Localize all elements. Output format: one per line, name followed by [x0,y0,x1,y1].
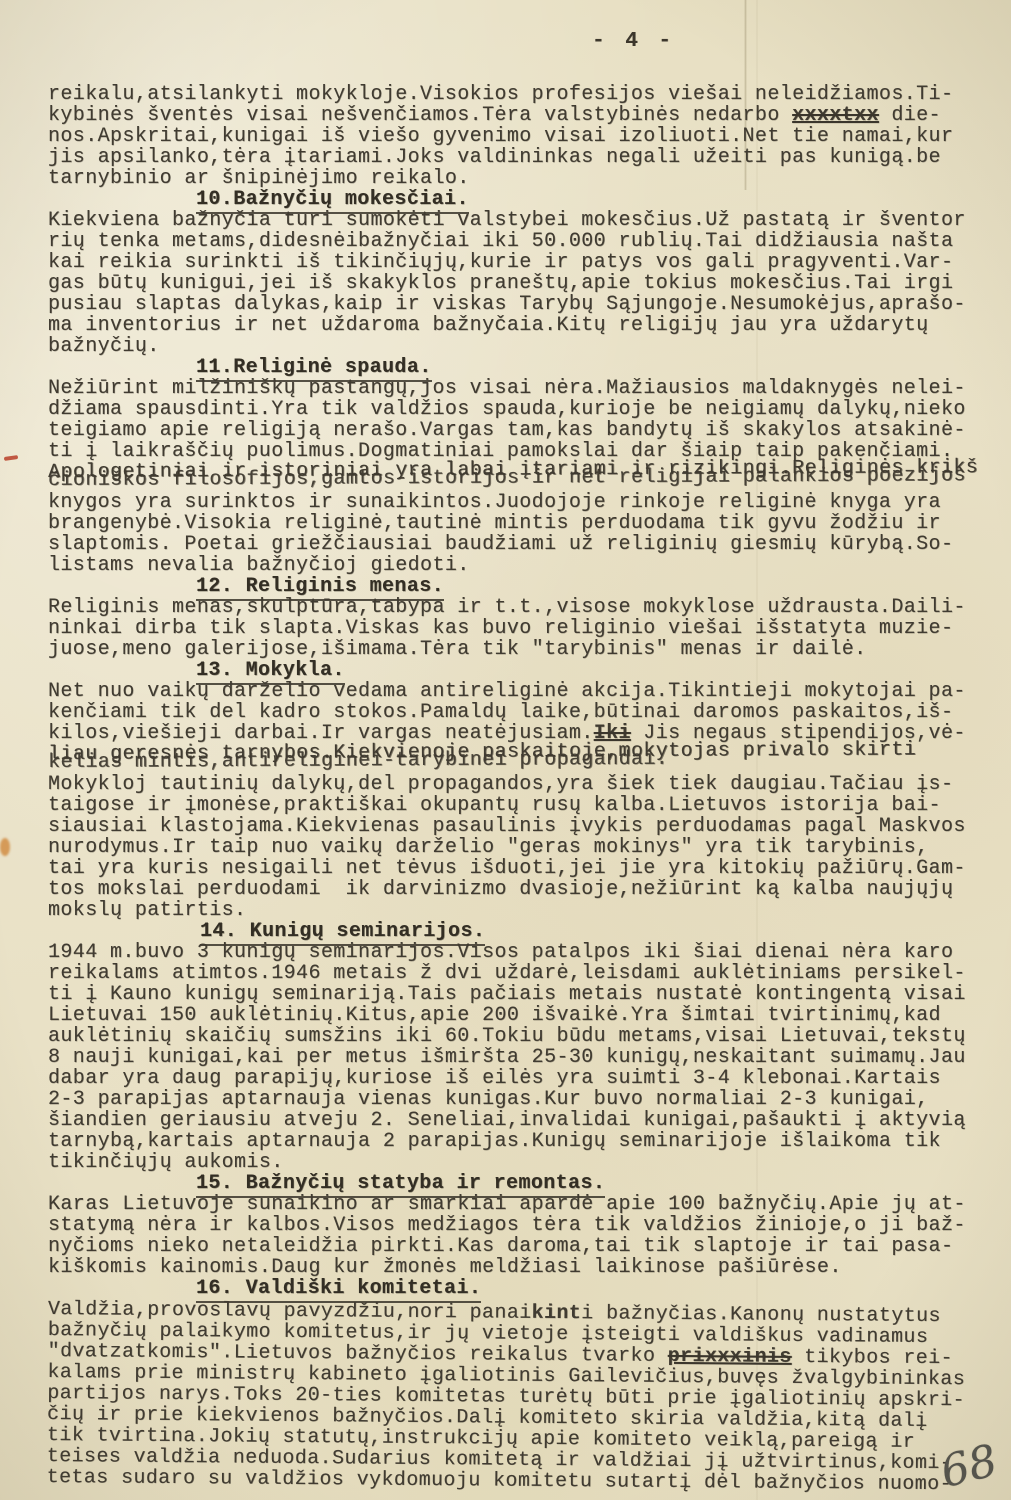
text-line: džiama spausdinti.Yra tik valdžios spaud… [48,399,1007,420]
text-line: Religinis menas,skulptūra,tabypa ir t.t.… [48,597,1007,618]
text-segment: die- [879,104,941,127]
text-line: nurodymus.Ir taip nuo vaikų darželio "ge… [48,837,1007,858]
text-line: kai reikia surinkti iš tikinčiųjų,kurie … [48,252,1007,273]
red-pencil-mark [4,455,18,461]
text-line: 8 nauji kunigai,kai per metus išmiršta 2… [48,1047,1007,1068]
text-line: 2-3 parapijas aptarnauja vienas kunigas.… [48,1089,1007,1110]
text-segment: siausiai klastojama.Kiekvienas pasaulini… [48,815,966,838]
text-line: nos.Apskritai,kunigai iš viešo gyvenimo … [48,126,1007,147]
text-segment: statymą nėra ir kalbos.Visos medžiagos t… [48,1214,966,1237]
typewritten-text-body: reikalu,atsilankyti mokykloje.Visokios p… [48,84,1007,1488]
section-paragraph: Religinis menas,skulptūra,tabypa ir t.t.… [48,597,1007,660]
text-line: čioniškos filosofijos,gamtos-istorijos i… [48,465,1007,491]
text-segment: Mokykloj tautinių dalykų,del propagandos… [48,773,953,796]
text-line: mokslų patirtis. [48,900,1007,921]
overtyped-text: kint [531,1302,581,1325]
text-line: knygos yra surinktos ir sunaikintos.Juod… [48,492,1007,513]
text-segment: Nežiūrint milžiniškų pastangų,jos visai … [48,377,966,400]
section-paragraph: Karas Lietuvoje sunaikino ar smarkiai ap… [48,1194,1007,1278]
text-segment: Net nuo vaikų darželio vedama antireligi… [48,680,966,703]
text-segment: mokslų patirtis. [48,899,246,922]
text-segment: kybinės šventės visai nešvenčiamos.Tėra … [48,104,792,127]
text-line: šiandien geriausiu atveju 2. Seneliai,in… [48,1110,1007,1131]
section-heading-line: 14. Kunigų seminarijos. [48,921,1007,942]
text-segment: reikalams atimtos.1946 metais ž dvi užda… [48,962,966,985]
text-line: tai yra kuris nesigaili net tėvus išduot… [48,858,1007,879]
text-line: pusiau slaptas dalykas,kaip ir viskas Ta… [48,294,1007,315]
text-segment: kai reikia surinkti iš tikinčiųjų,kurie … [48,251,953,274]
text-line: Mokykloj tautinių dalykų,del propagandos… [48,774,1007,795]
text-segment: teigiamo apie religiją nerašo.Vargas tam… [48,419,966,442]
section-paragraph: 1944 m.buvo 3 kunigų seminarijos.Visos p… [48,942,1007,1173]
text-segment: jis apsilanko,tėra įtariami.Joks valdini… [48,146,941,169]
section-heading-line: 16. Valdiški komitetai. [48,1278,1007,1299]
text-segment: knygos yra surinktos ir sunaikintos.Juod… [48,491,941,514]
text-segment: Religinis menas,skulptūra,tabypa ir t.t.… [48,596,966,619]
text-line: bažnyčių. [48,336,1007,357]
text-segment: bažnyčių. [48,335,160,358]
text-line: tos mokslai perduodami ik darvinizmo dva… [48,879,1007,900]
section-heading-line: 10.Bažnyčių mokesčiai. [48,189,1007,210]
text-line: gas būtų kunigui,jei iš skakyklos praneš… [48,273,1007,294]
text-segment: Kiekviena bažnyčia turi sumokėti valstyb… [48,209,966,232]
text-segment: ti į Kauno kunigų seminariją.Tais pačiai… [48,983,966,1006]
text-segment: tarnybą,kartais aptarnauja 2 parapijas.K… [48,1130,941,1153]
text-segment: ma inventorius ir net uždaroma bažnyčaia… [48,314,929,337]
text-line: tarnybinio ar šnipinėjimo reikalo. [48,168,1007,189]
text-line: juose,meno galerijose,išimama.Tėra tik "… [48,639,1007,660]
text-line: slaptomis. Poetai griežčiausiai baudžiam… [48,534,1007,555]
text-line: kiškomis kainomis.Daug kur žmonės meldži… [48,1257,1007,1278]
text-line: tikinčiųjų aukomis. [48,1152,1007,1173]
text-line: Lietuvai 150 auklėtinių.Kitus,apie 200 i… [48,1005,1007,1026]
text-line: reikalams atimtos.1946 metais ž dvi užda… [48,963,1007,984]
text-line: Karas Lietuvoje sunaikino ar smarkiai ap… [48,1194,1007,1215]
text-segment: reikalu,atsilankyti mokykloje.Visokios p… [48,83,953,106]
overtyped-double-lines: Apologetiniai ir istoriniai yra labai įt… [48,457,1007,492]
text-segment: 8 nauji kunigai,kai per metus išmiršta 2… [48,1046,966,1069]
text-line: jis apsilanko,tėra įtariami.Joks valdini… [48,147,1007,168]
text-segment: auklėtinių skaičių sumsžins iki 60.Tokiu… [48,1025,966,1048]
text-segment: Lietuvai 150 auklėtinių.Kitus,apie 200 i… [48,1004,941,1027]
text-line: brangenybė.Visokia religinė,tautinė mint… [48,513,1007,534]
text-segment: tai yra kuris nesigaili net tėvus išduot… [48,857,966,880]
text-segment: šiandien geriausiu atveju 2. Seneliai,in… [48,1109,966,1132]
section-paragraph: Net nuo vaikų darželio vedama antireligi… [48,681,1007,921]
text-segment: ninkai dirba tik slapta.Viskas kas buvo … [48,617,953,640]
text-line: kelias mintis,antireliginei-tarybinei pr… [48,747,1007,773]
text-line: Nežiūrint milžiniškų pastangų,jos visai … [48,378,1007,399]
text-segment: nos.Apskritai,kunigai iš viešo gyvenimo … [48,125,953,148]
section-heading-line: 15. Bažnyčių statyba ir remontas. [48,1173,1007,1194]
text-line: siausiai klastojama.Kiekvienas pasaulini… [48,816,1007,837]
text-line: Kiekviena bažnyčia turi sumokėti valstyb… [48,210,1007,231]
paper-stain [0,838,10,856]
text-line: Net nuo vaikų darželio vedama antireligi… [48,681,1007,702]
section-paragraph: Valdžia,provoslavų pavyzdžiu,nori panaik… [47,1299,1007,1496]
text-line: ti į Kauno kunigų seminariją.Tais pačiai… [48,984,1007,1005]
text-segment: čioniškos filosofijos,gamtos-istorijos i… [48,464,966,492]
text-segment: listams nevalia bažnyčioj giedoti. [48,554,470,577]
text-segment: kenčiami tik del kadro stokos.Pamaldų la… [48,701,953,724]
text-segment: rių tenka metams,didesnėibažnyčiai iki 5… [48,230,953,253]
section-heading-line: 13. Mokykla. [48,660,1007,681]
text-line: tarnybą,kartais aptarnauja 2 parapijas.K… [48,1131,1007,1152]
text-line: ninkai dirba tik slapta.Viskas kas buvo … [48,618,1007,639]
text-line: rių tenka metams,didesnėibažnyčiai iki 5… [48,231,1007,252]
text-segment: gas būtų kunigui,jei iš skakyklos praneš… [48,272,953,295]
section-paragraph: Kiekviena bažnyčia turi sumokėti valstyb… [48,210,1007,357]
document-page: - 4 - reikalu,atsilankyti mokykloje.Viso… [0,0,1011,1500]
text-line: teigiamo apie religiją nerašo.Vargas tam… [48,420,1007,441]
text-segment: 1944 m.buvo 3 kunigų seminarijos.Visos p… [48,941,953,964]
text-segment: slaptomis. Poetai griežčiausiai baudžiam… [48,533,953,556]
text-segment: tos mokslai perduodami ik darvinizmo dva… [48,878,953,901]
text-line: ma inventorius ir net uždaroma bažnyčaia… [48,315,1007,336]
section-paragraph: Nežiūrint milžiniškų pastangų,jos visai … [48,378,1007,576]
text-segment: kiškomis kainomis.Daug kur žmonės meldži… [48,1256,842,1279]
text-segment: juose,meno galerijose,išimama.Tėra tik "… [48,638,867,661]
text-segment: nyčioms nieko netaleidžia pirkti.Kas dar… [48,1235,953,1258]
page-number: - 4 - [592,30,675,53]
text-segment: Karas Lietuvoje sunaikino ar smarkiai ap… [48,1193,966,1216]
text-segment: kelias mintis,antireliginei-tarybinei pr… [48,748,668,774]
text-segment: dabar yra daug parapijų,kuriose iš eilės… [48,1067,941,1090]
text-segment: tarnybinio ar šnipinėjimo reikalo. [48,167,470,190]
text-line: reikalu,atsilankyti mokykloje.Visokios p… [48,84,1007,105]
text-segment: 2-3 parapijas aptarnauja vienas kunigas.… [48,1088,929,1111]
text-line: kybinės šventės visai nešvenčiamos.Tėra … [48,105,1007,126]
text-line: dabar yra daug parapijų,kuriose iš eilės… [48,1068,1007,1089]
struck-out-text: xxxxtxx [792,104,879,127]
text-segment: pusiau slaptas dalykas,kaip ir viskas Ta… [48,293,966,316]
overtyped-double-lines: liau geresnės tarnybos.Kiekvienoje paska… [48,739,1007,774]
section-heading-line: 11.Religinė spauda. [48,357,1007,378]
text-line: listams nevalia bažnyčioj giedoti. [48,555,1007,576]
section-heading-line: 12. Religinis menas. [48,576,1007,597]
text-segment: tikinčiųjų aukomis. [48,1151,284,1174]
text-segment: brangenybė.Visokia religinė,tautinė mint… [48,512,941,535]
text-segment: taigose ir įmonėse,praktiškai okupantų r… [48,794,941,817]
text-line: auklėtinių skaičių sumsžins iki 60.Tokiu… [48,1026,1007,1047]
text-line: taigose ir įmonėse,praktiškai okupantų r… [48,795,1007,816]
text-line: kenčiami tik del kadro stokos.Pamaldų la… [48,702,1007,723]
text-segment: nurodymus.Ir taip nuo vaikų darželio "ge… [48,836,929,859]
text-line: nyčioms nieko netaleidžia pirkti.Kas dar… [48,1236,1007,1257]
section-paragraph: reikalu,atsilankyti mokykloje.Visokios p… [48,84,1007,189]
text-segment: džiama spausdinti.Yra tik valdžios spaud… [48,398,966,421]
text-line: statymą nėra ir kalbos.Visos medžiagos t… [48,1215,1007,1236]
text-line: 1944 m.buvo 3 kunigų seminarijos.Visos p… [48,942,1007,963]
